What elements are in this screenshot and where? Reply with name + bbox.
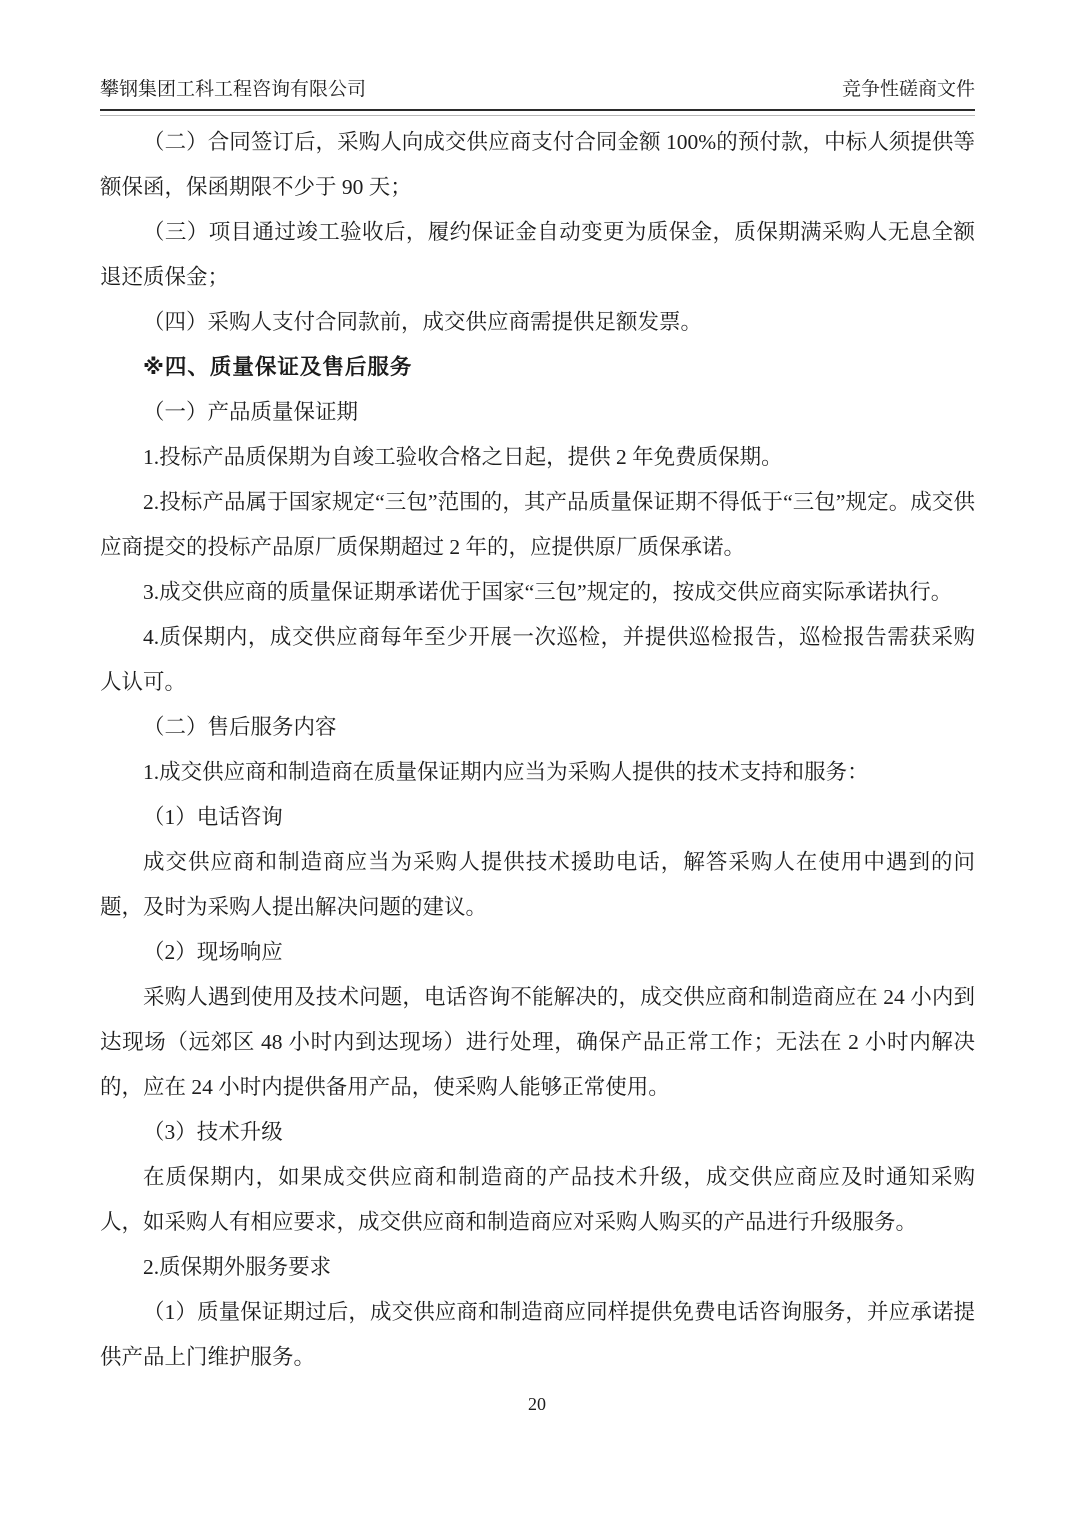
item-onsite-response-title: （2）现场响应 xyxy=(100,930,975,975)
header-doc-type: 竞争性磋商文件 xyxy=(842,78,975,102)
paragraph-payment-invoice: （四）采购人支付合同款前，成交供应商需提供足额发票。 xyxy=(100,300,975,345)
page-number: 20 xyxy=(528,1394,546,1414)
paragraph-warranty-3: 3.成交供应商的质量保证期承诺优于国家“三包”规定的，按成交供应商实际承诺执行。 xyxy=(100,570,975,615)
page-footer: 20 xyxy=(0,1392,1074,1416)
paragraph-post-warranty-title: 2.质保期外服务要求 xyxy=(100,1245,975,1290)
header-rule-thick xyxy=(100,109,975,111)
paragraph-payment-prepay: （二）合同签订后，采购人向成交供应商支付合同金额 100%的预付款，中标人须提供… xyxy=(100,120,975,210)
paragraph-payment-acceptance: （三）项目通过竣工验收后，履约保证金自动变更为质保金，质保期满采购人无息全额退还… xyxy=(100,210,975,300)
subsection-aftersales: （二）售后服务内容 xyxy=(100,705,975,750)
paragraph-warranty-1: 1.投标产品质保期为自竣工验收合格之日起，提供 2 年免费质保期。 xyxy=(100,435,975,480)
paragraph-post-warranty-1: （1）质量保证期过后，成交供应商和制造商应同样提供免费电话咨询服务，并应承诺提供… xyxy=(100,1290,975,1380)
header-company-name: 攀钢集团工科工程咨询有限公司 xyxy=(100,78,366,102)
paragraph-onsite-response: 采购人遇到使用及技术问题，电话咨询不能解决的，成交供应商和制造商应在 24 小内… xyxy=(100,975,975,1110)
paragraph-warranty-2: 2.投标产品属于国家规定“三包”范围的，其产品质量保证期不得低于“三包”规定。成… xyxy=(100,480,975,570)
header-rule-thin xyxy=(100,115,975,116)
paragraph-phone-consult: 成交供应商和制造商应当为采购人提供技术援助电话，解答采购人在使用中遇到的问题，及… xyxy=(100,840,975,930)
section-heading-quality: ※四、质量保证及售后服务 xyxy=(100,345,975,390)
paragraph-warranty-4: 4.质保期内，成交供应商每年至少开展一次巡检，并提供巡检报告，巡检报告需获采购人… xyxy=(100,615,975,705)
page-header: 攀钢集团工科工程咨询有限公司 竞争性磋商文件 xyxy=(100,78,975,116)
item-phone-consult-title: （1）电话咨询 xyxy=(100,795,975,840)
document-body: （二）合同签订后，采购人向成交供应商支付合同金额 100%的预付款，中标人须提供… xyxy=(100,120,975,1380)
item-tech-upgrade-title: （3）技术升级 xyxy=(100,1110,975,1155)
paragraph-tech-upgrade: 在质保期内，如果成交供应商和制造商的产品技术升级，成交供应商应及时通知采购人，如… xyxy=(100,1155,975,1245)
paragraph-aftersales-1: 1.成交供应商和制造商在质量保证期内应当为采购人提供的技术支持和服务： xyxy=(100,750,975,795)
subsection-warranty-period: （一）产品质量保证期 xyxy=(100,390,975,435)
document-page: 攀钢集团工科工程咨询有限公司 竞争性磋商文件 （二）合同签订后，采购人向成交供应… xyxy=(0,0,1074,1520)
